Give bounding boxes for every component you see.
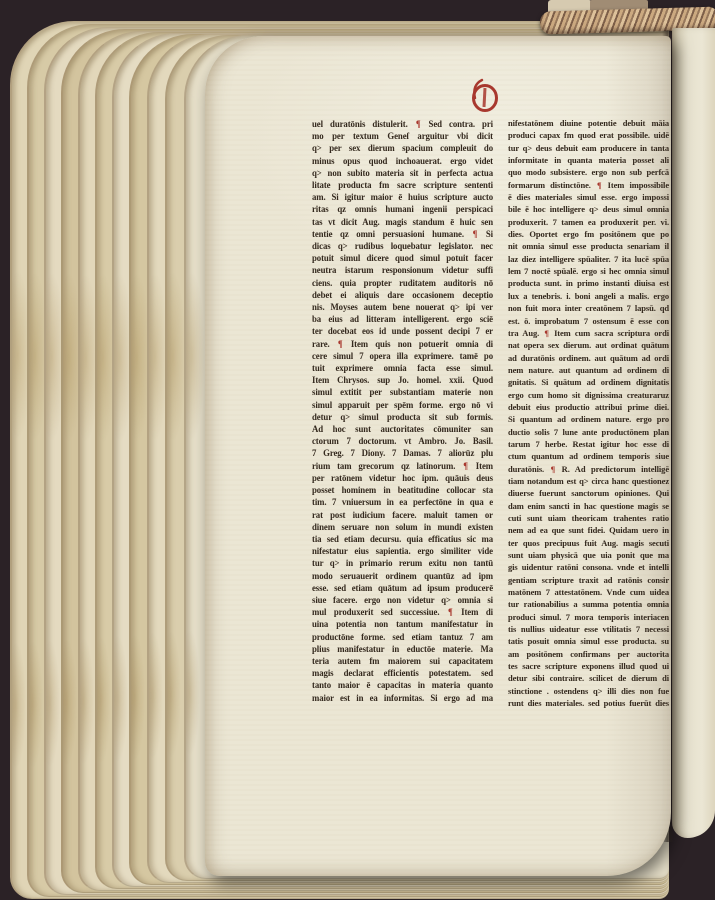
text-line: runt dies materiales. sed potius fuerūt … xyxy=(508,697,669,710)
text-line: ctorum 7 doctorum. vt Ambro. Jo. Basil. xyxy=(312,435,493,447)
text-line: nit omnia simul esse producta senariam i… xyxy=(508,240,669,253)
text-line: produci simul. 7 mora temporis interiace… xyxy=(508,611,669,624)
text-line: nat opera sex dierum. aut ordinat quātum xyxy=(508,339,669,352)
text-line: ad duratōnis ordinem. aut quātum ad ordi xyxy=(508,351,669,364)
text-line: simul apparuit per spēm forme. ergo nō v… xyxy=(312,399,493,411)
text-line: dies. Oportet ergo fm positōnem que po xyxy=(508,228,669,241)
text-line: bile ē hoc intelligere q> deus simul omn… xyxy=(508,203,669,216)
book-photograph: D uel duratōnis distulerit. ¶ Sed contra… xyxy=(0,0,715,900)
text-line: per ratōnem videtur hoc ipm. quāuis deus xyxy=(312,472,493,484)
text-line: ritas qz omnis humani ingenii perspicaci xyxy=(312,203,493,215)
text-line: ter quos precipuus fuit Aug. magis secut… xyxy=(508,537,669,550)
text-line: dinem seruare non solum in mundi existen xyxy=(312,521,493,533)
text-line: nifestatōnem diuine potentie debuit māia xyxy=(508,117,669,130)
pilcrow-rubric-icon: ¶ xyxy=(415,119,422,129)
text-line: nis. Moyses autem bene nouerat q> ipi ve… xyxy=(312,301,493,313)
text-line: tes sacre scripture exponens illud quod … xyxy=(508,660,669,673)
text-line: rare. ¶ Item quis non potuerit omnia di xyxy=(312,338,493,350)
text-line: neutra istarum responsionum videtur suff… xyxy=(312,264,493,276)
text-line: tim. 7 vniuersum in ea perfectōne in qua… xyxy=(312,496,493,508)
text-line: quo modo subsistere. ergo non sub perfcā xyxy=(508,166,669,179)
text-line: tur q> in primario rerum exitu non tantū xyxy=(312,557,493,569)
text-line: nifestatur eius sapientia. ergo similite… xyxy=(312,545,493,557)
text-line: ergo cum homo sit dignissima creaturaruz xyxy=(508,388,669,401)
text-line: tur q> deus debuit eam producere in tant… xyxy=(508,142,669,155)
text-line: ter docebat eos id unde possent decipi 7… xyxy=(312,325,493,337)
text-line: tiam notandum est q> circa hanc question… xyxy=(508,475,669,488)
text-line: ctum quantum ad ordinem temporis siue xyxy=(508,450,669,463)
text-line: litate producta fm sacre scripture sente… xyxy=(312,179,493,191)
text-line: dam enim sancti in hac questione magis s… xyxy=(508,500,669,513)
text-line: posset hominem in beatitudine collocar s… xyxy=(312,484,493,496)
text-line: diuerse fuerunt sanctorum opiniones. Qui xyxy=(508,487,669,500)
text-line: est. ō. improbatum 7 ostensum ē esse con xyxy=(508,314,669,327)
text-line: tia sed etiam decursu. quia efficatius s… xyxy=(312,533,493,545)
text-line: detur q> simul producta sit sub formis. xyxy=(312,411,493,423)
text-line: informitate in quanta materia posset ali xyxy=(508,154,669,167)
text-line: modo seruauerit ordinem quantūz ad ipm xyxy=(312,569,493,581)
text-line: cuti sunt uiam theoricam trahentes ratio xyxy=(508,512,669,525)
text-line: non fuit mora inter creatōnem 7 lapsū. q… xyxy=(508,302,669,315)
text-line: formarum distinctōne. ¶ Item impossibile xyxy=(508,179,669,192)
text-line: siue facere. ergo non videtur q> omnia s… xyxy=(312,594,493,606)
text-line: nem ad ea que sunt fidei. Quidam uero in xyxy=(508,524,669,537)
folio-mark-d-icon: D xyxy=(468,76,502,116)
text-line: produci capax fm quod erat possibile. ui… xyxy=(508,129,669,142)
text-line: cere simul 7 opera illa exprimere. tamē … xyxy=(312,350,493,362)
text-line: ē dies materiales simul esse. ergo impos… xyxy=(508,191,669,204)
text-line: gis uidentur ratōni consona. vnde et int… xyxy=(508,561,669,574)
text-line: tur rationabilius a summa potentia omnia xyxy=(508,598,669,611)
text-line: tanto maior ē capacitas in materia quant… xyxy=(312,679,493,691)
text-line: lux a tenebris. i. boni angeli a malis. … xyxy=(508,290,669,303)
text-line: teria autem fm maiorem sui capacitatem xyxy=(312,655,493,667)
text-column-left: uel duratōnis distulerit. ¶ Sed contra. … xyxy=(312,118,493,706)
text-line: 7 Greg. 7 Diony. 7 Damas. 7 aliorūz plu xyxy=(312,447,493,459)
text-line: matōnem 7 attestatōnem. Vnde cum uidea xyxy=(508,586,669,599)
text-line: plius manifestatur in eductōe materie. M… xyxy=(312,643,493,655)
text-line: gentiam scripture traxit ad ratōnis cons… xyxy=(508,574,669,587)
text-line: debuit eius productio attribui prime die… xyxy=(508,401,669,414)
text-line: ductio solis 7 lune ante productōnem pla… xyxy=(508,425,669,438)
text-line: sunt uiam physicā que uia ponit que ma xyxy=(508,549,669,562)
folio-mark-drawing: D xyxy=(468,76,502,116)
text-line: rium tam grecorum qz latinorum. ¶ Item xyxy=(312,460,493,472)
text-line: detur sibi contraire. scilicet de dierum… xyxy=(508,672,669,685)
facing-page-edge xyxy=(672,28,715,838)
text-line: potuit simul dicere quod simul potuit fa… xyxy=(312,252,493,264)
text-line: rat post iudicium facere. maluit tamen o… xyxy=(312,508,493,520)
pilcrow-rubric-icon: ¶ xyxy=(472,229,479,239)
text-line: Ad hoc sunt auctoritates cōmuniter san xyxy=(312,423,493,435)
text-line: duratōnis. ¶ R. Ad predictorum intelligē xyxy=(508,463,669,476)
text-line: ba eius ad litteram intelligerent. ergo … xyxy=(312,313,493,325)
text-line: debet ei aliquis dare occasionem decepti… xyxy=(312,289,493,301)
pilcrow-rubric-icon: ¶ xyxy=(337,339,344,349)
text-line: Si quantum ad ordinem nature. ergo pro xyxy=(508,413,669,426)
text-line: dicas q> rudibus loquebatur legislator. … xyxy=(312,240,493,252)
text-line: nem nature. aut quantum ad ordinem di xyxy=(508,364,669,377)
text-line: tarum 7 herbe. Restat igitur hoc esse di xyxy=(508,438,669,451)
text-line: maior est in ea informitas. Si ergo ad m… xyxy=(312,691,493,703)
text-line: am positōnem confirmans per auctorita xyxy=(508,648,669,661)
text-line: laz diez intelligere spūaliter. 7 ita lu… xyxy=(508,253,669,266)
text-line: gnitatis. Si quātum ad ordinem dignitati… xyxy=(508,376,669,389)
pilcrow-rubric-icon: ¶ xyxy=(462,461,469,471)
text-line: minus opus quod inchoauerat. ergo videt xyxy=(312,154,493,166)
text-line: tatis posuit omnia simul esse producta. … xyxy=(508,635,669,648)
text-line: tuit exprimere omnia facta esse simul. xyxy=(312,362,493,374)
text-line: q> per sex dierum spacium compleuit do xyxy=(312,142,493,154)
text-line: simul extitit per substantiam materie no… xyxy=(312,386,493,398)
text-line: q> non subito materia sit in perfecta ac… xyxy=(312,167,493,179)
text-line: produxerit. 7 tamen ea produxerit per. v… xyxy=(508,216,669,229)
text-line: mul produxerit sed successiue. ¶ Item di xyxy=(312,606,493,618)
pilcrow-rubric-icon: ¶ xyxy=(447,607,454,617)
text-line: tis nullius uideatur esse vtilitatis 7 n… xyxy=(508,623,669,636)
text-line: am. Si igitur maior ē huius scripture au… xyxy=(312,191,493,203)
text-line: Item Chrysos. sup Jo. homel. xxii. Quod xyxy=(312,374,493,386)
text-line: mo per textum Geneſ arguitur vbi dicit xyxy=(312,130,493,142)
book-page: D uel duratōnis distulerit. ¶ Sed contra… xyxy=(205,36,671,876)
text-line: tra Aug. ¶ Item cum sacra scriptura ordi xyxy=(508,327,669,340)
text-column-right: nifestatōnem diuine potentie debuit māia… xyxy=(508,117,669,711)
text-line: uel duratōnis distulerit. ¶ Sed contra. … xyxy=(312,118,493,130)
pilcrow-rubric-icon: ¶ xyxy=(596,180,603,190)
text-line: tas vt dicit Aug. magis standum ē huic s… xyxy=(312,216,493,228)
text-line: productōne forme. sed etiam tantuz 7 am xyxy=(312,630,493,642)
text-line: tentie qz omni persuasioni humane. ¶ Si xyxy=(312,228,493,240)
text-line: producta sunt. in primo instanti diuisa … xyxy=(508,277,669,290)
pilcrow-rubric-icon: ¶ xyxy=(550,464,557,474)
text-line: ciens. quia propter ruditatem auditoris … xyxy=(312,277,493,289)
text-line: stinctione . ostendens q> illi dies non … xyxy=(508,685,669,698)
text-line: lem 7 noctē spūalē. ergo si hec omnia si… xyxy=(508,265,669,278)
text-line: magis declarat efficientis potestatem. s… xyxy=(312,667,493,679)
text-line: uina potentia non tantum manifestatur in xyxy=(312,618,493,630)
text-line: esse. sed etiam quātum ad ipsum producer… xyxy=(312,582,493,594)
pilcrow-rubric-icon: ¶ xyxy=(543,328,550,338)
